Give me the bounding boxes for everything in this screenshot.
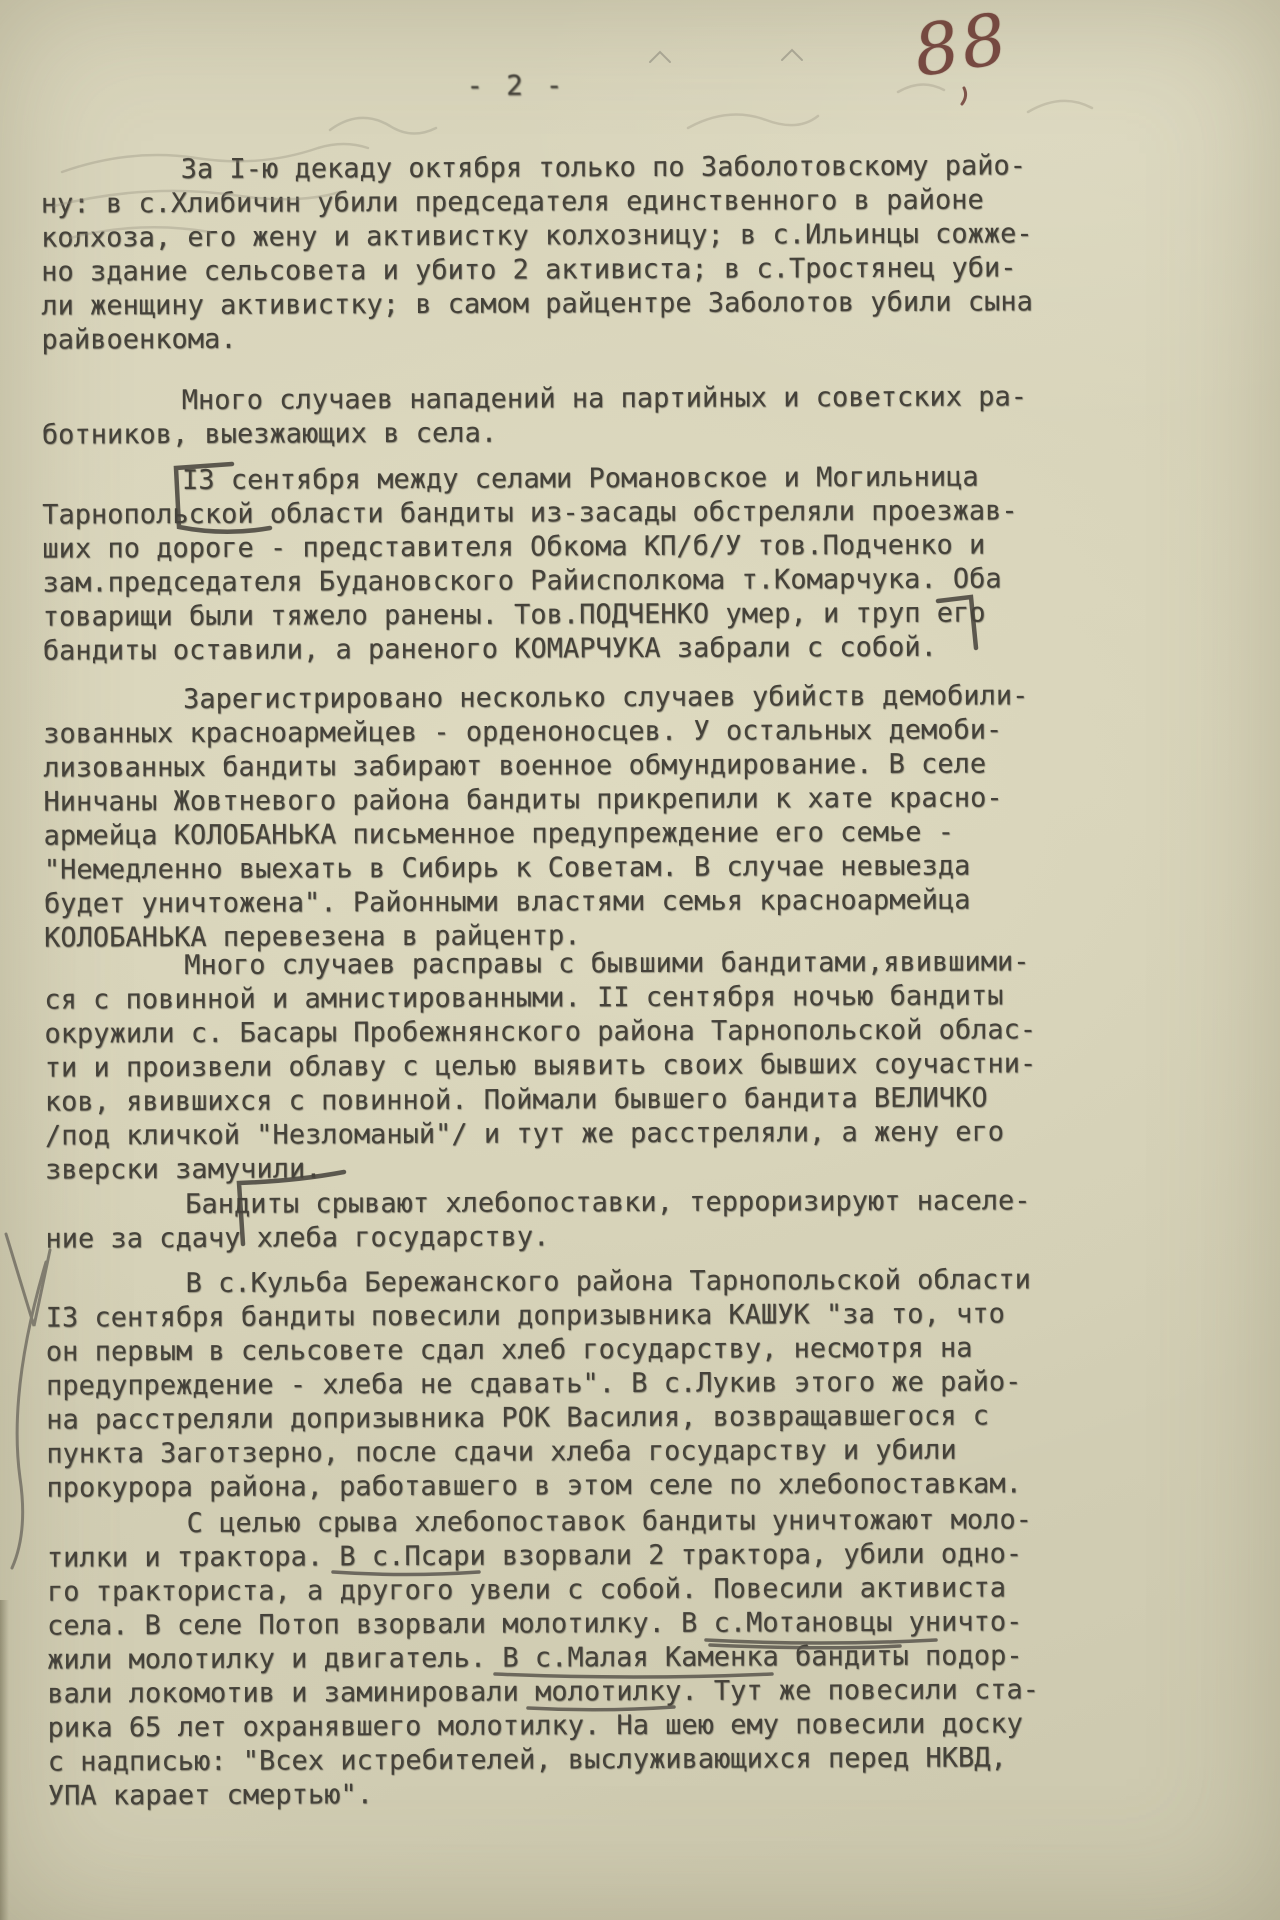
typed-line: рика 65 лет охранявшего молотилку. На ше… (47, 1708, 1127, 1747)
paragraph-7: В с.Кульба Бережанского района Тарнополь… (46, 1264, 1127, 1507)
typed-line: прокурора района, работавшего в этом сел… (46, 1468, 1126, 1507)
typed-line: "Немедленно выехать в Сибирь к Советам. … (44, 850, 1124, 889)
typed-line: ну: в с.Хлибичин убили председателя един… (41, 184, 1121, 223)
typed-line: Много случаев нападений на партийных и с… (42, 381, 1122, 420)
typed-line: армейца КОЛОБАНЬКА письменное предупрежд… (44, 816, 1124, 855)
typed-line: пункта Заготзерно, после сдачи хлеба гос… (46, 1434, 1126, 1473)
paragraph-2: Много случаев нападений на партийных и с… (42, 381, 1122, 454)
typed-line: товарищи были тяжело ранены. Тов.ПОДЧЕНК… (43, 597, 1123, 636)
typed-line: За I-ю декаду октября только по Заболото… (41, 150, 1121, 189)
typed-line: I3 сентября между селами Романовское и М… (42, 461, 1122, 500)
typed-line: жили молотилку и двигатель. В с.Малая Ка… (47, 1640, 1127, 1679)
typed-line: Зарегистрировано несколько случаев убийс… (43, 680, 1123, 719)
typed-line: Бандиты срывают хлебопоставки, терроризи… (45, 1185, 1125, 1224)
paragraph-6: Бандиты срывают хлебопоставки, терроризи… (45, 1185, 1125, 1258)
typed-line: /под кличкой "Незломаный"/ и тут же расс… (45, 1116, 1125, 1155)
typed-line: села. В селе Потоп взорвали молотилку. В… (47, 1606, 1127, 1645)
typed-page-number: - 2 - (466, 68, 565, 101)
typed-line: зверски замучили. (45, 1150, 1125, 1189)
typed-line: будет уничтожена". Районными властями се… (44, 884, 1124, 923)
typed-line: ние за сдачу хлеба государству. (45, 1219, 1125, 1258)
typed-line: УПА карает смертью". (48, 1776, 1128, 1815)
typed-line: зованных красноармейцев - орденоносцев. … (43, 714, 1123, 753)
handwritten-page-number: 88 (908, 0, 1015, 93)
typed-line: предупреждение - хлеба не сдавать". В с.… (46, 1366, 1126, 1405)
typed-line: Нинчаны Жовтневого района бандиты прикре… (43, 782, 1123, 821)
typed-text-layer: - 2 - За I-ю декаду октября только по За… (0, 0, 1280, 1920)
typed-line: ших по дороге - представителя Обкома КП/… (42, 529, 1122, 568)
typed-line: вали локомотив и заминировали молотилку.… (47, 1674, 1127, 1713)
typed-line: ся с повинной и амнистированными. II сен… (44, 980, 1124, 1019)
typed-line: окружили с. Басары Пробежнянского района… (44, 1014, 1124, 1053)
typed-line: но здание сельсовета и убито 2 активиста… (41, 252, 1121, 291)
document-page: - 2 - За I-ю декаду октября только по За… (0, 0, 1280, 1920)
paragraph-5: Много случаев расправы с бывшими бандита… (44, 946, 1125, 1189)
typed-line: он первым в сельсовете сдал хлеб государ… (46, 1332, 1126, 1371)
typed-line: бандиты оставили, а раненого КОМАРЧУКА з… (43, 631, 1123, 670)
typed-line: ков, явившихся с повинной. Поймали бывше… (45, 1082, 1125, 1121)
typed-line: с надписью: "Всех истребителей, выслужив… (48, 1742, 1128, 1781)
paragraph-1: За I-ю декаду октября только по Заболото… (41, 150, 1122, 359)
typed-line: го тракториста, а другого увели с собой.… (47, 1572, 1127, 1611)
paragraph-3: I3 сентября между селами Романовское и М… (42, 461, 1123, 670)
typed-line: Много случаев расправы с бывшими бандита… (44, 946, 1124, 985)
typed-line: зам.председателя Будановского Райисполко… (42, 563, 1122, 602)
typed-line: тилки и трактора. В с.Псари взорвали 2 т… (47, 1538, 1127, 1577)
typed-line: ботников, выезжающих в села. (42, 415, 1122, 454)
typed-line: ти и произвели облаву с целью выявить св… (45, 1048, 1125, 1087)
paragraph-8: С целью срыва хлебопоставок бандиты унич… (47, 1504, 1128, 1815)
typed-line: I3 сентября бандиты повесили допризывник… (46, 1298, 1126, 1337)
typed-line: колхоза, его жену и активистку колхозниц… (41, 218, 1121, 257)
typed-line: райвоенкома. (41, 320, 1121, 359)
typed-line: С целью срыва хлебопоставок бандиты унич… (47, 1504, 1127, 1543)
typed-line: Тарнопольской области бандиты из-засады … (42, 495, 1122, 534)
paragraph-4: Зарегистрировано несколько случаев убийс… (43, 680, 1124, 957)
typed-line: на расстреляли допризывника РОК Василия,… (46, 1400, 1126, 1439)
typed-line: лизованных бандиты забирают военное обму… (43, 748, 1123, 787)
typed-line: В с.Кульба Бережанского района Тарнополь… (46, 1264, 1126, 1303)
typed-line: ли женщину активистку; в самом райцентре… (41, 286, 1121, 325)
